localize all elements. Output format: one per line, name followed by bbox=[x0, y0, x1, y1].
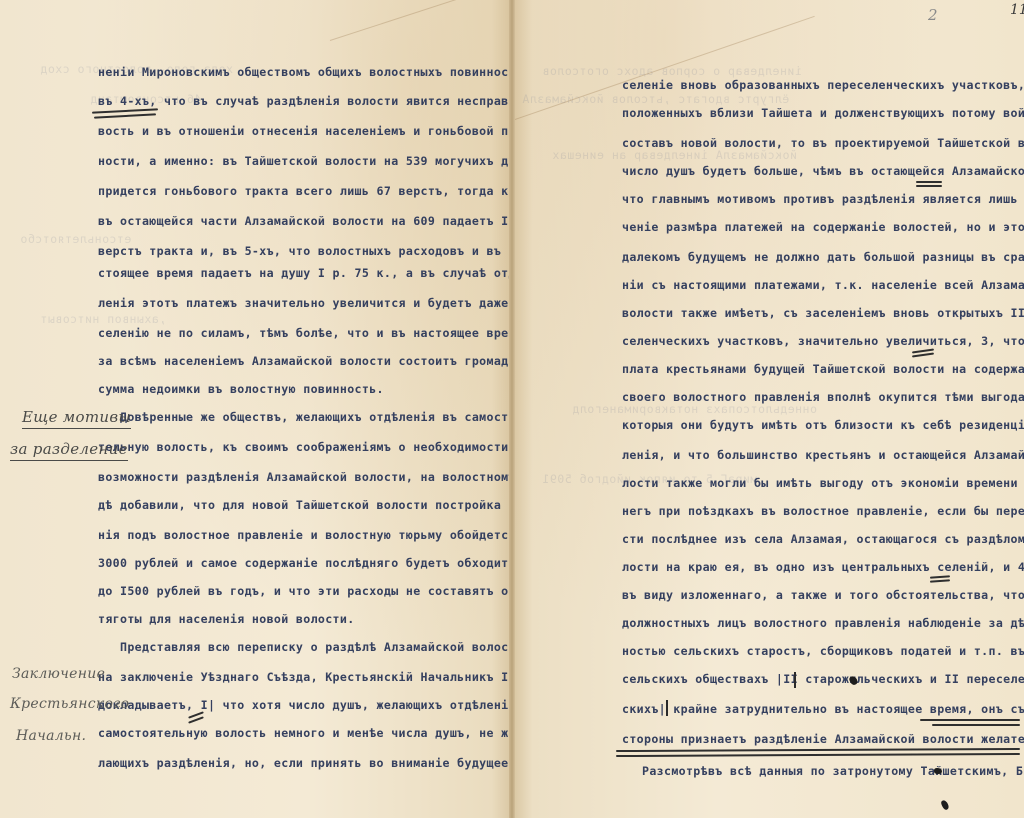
document-spread: хода голо- волостного сход 46 ьтсонвомта… bbox=[0, 0, 1024, 818]
margin-note: Начальн. bbox=[16, 728, 86, 744]
text-line: ненiи Мироновскимъ обществомъ общихъ вол… bbox=[98, 65, 512, 79]
pencil-page-number: 2 bbox=[928, 6, 938, 24]
margin-note: Крестьянского bbox=[10, 696, 129, 712]
text-line: Разсмотрѣвъ всѣ данныя по затронутому Та… bbox=[642, 764, 1024, 778]
ink-underline bbox=[930, 579, 950, 582]
text-line: положенныхъ вблизи Тайшета и долженствую… bbox=[622, 106, 1024, 120]
text-line: вость и въ отношенiи отнесенiя населенiе… bbox=[98, 124, 512, 138]
text-line: стоящее время падаетъ на душу I р. 75 к.… bbox=[98, 266, 512, 280]
text-line: селенiю не по силамъ, тѣмъ болѣе, что и … bbox=[98, 326, 512, 340]
text-line: въ виду изложеннаго, а также и того обст… bbox=[622, 588, 1024, 602]
ink-underline bbox=[932, 724, 1020, 726]
text-line: дѣ добавили, что для новой Тайшетской во… bbox=[98, 498, 512, 512]
ink-underline bbox=[916, 185, 942, 187]
ink-blot bbox=[934, 768, 942, 774]
margin-note: Заключение bbox=[12, 666, 105, 682]
text-line: Представляя всю переписку о раздѣлѣ Алза… bbox=[120, 640, 512, 654]
text-line: волости также имѣетъ, съ заселенiемъ вно… bbox=[622, 306, 1024, 320]
right-page: iинелдевар о сорпов адохс оготсолов ёлгу… bbox=[512, 0, 1024, 818]
bleed-through-text: iинелдевар о сорпов адохс оготсолов bbox=[542, 64, 802, 78]
text-line: своего волостного правленiя вполнѣ окупи… bbox=[622, 390, 1024, 404]
text-line: ленiя этотъ платежъ значительно увеличит… bbox=[98, 296, 512, 310]
ink-underline bbox=[930, 575, 950, 578]
text-line: что главнымъ мотивомъ противъ раздѣленiя… bbox=[622, 192, 1024, 206]
margin-note: Еще мотивы bbox=[22, 408, 131, 426]
text-line: нiя подъ волостное правленiе и волостную… bbox=[98, 528, 512, 542]
margin-note: за разделение bbox=[10, 440, 128, 458]
bleed-through-text: оннедьлотсопахз нотаквориманеголд bbox=[572, 402, 817, 416]
ink-bracket-mark bbox=[666, 700, 668, 716]
text-line: самостоятельную волость немного и менѣе … bbox=[98, 726, 512, 740]
text-line: негъ при поѣздкахъ въ волостное правленi… bbox=[622, 504, 1024, 518]
ink-underline bbox=[920, 719, 1020, 721]
text-line: докладываетъ, I| что хотя число душъ, же… bbox=[98, 698, 512, 712]
book-spine bbox=[509, 0, 515, 818]
text-line: ностью сельскихъ старостъ, сборщиковъ по… bbox=[622, 644, 1024, 658]
ink-underline bbox=[616, 753, 1020, 757]
left-page: хода голо- волостного сход 46 ьтсонвомта… bbox=[0, 0, 512, 818]
text-line: составъ новой волости, то въ проектируем… bbox=[622, 136, 1024, 150]
bleed-through-text: йоксйамазлА iинелдевар ан еинешах bbox=[552, 148, 797, 162]
text-line: ленiя, и что большинство крестьянъ и ост… bbox=[622, 448, 1024, 462]
bleed-through-text: ,ахынвоп нитсовыт bbox=[40, 312, 166, 326]
ink-blot bbox=[940, 799, 950, 811]
text-line: селенiе вновь образованныхъ переселенчес… bbox=[622, 78, 1024, 92]
text-line: 3000 рублей и самое содержанiе послѣдняг… bbox=[98, 556, 512, 570]
text-line: Довѣренные же обществъ, желающихъ отдѣле… bbox=[120, 410, 512, 424]
text-line: сумма недоимки въ волостную повинность. bbox=[98, 382, 384, 396]
bleed-through-text: ёлгуртс вдогатс ,ьтсолов йоксйамазлА bbox=[522, 92, 789, 106]
text-line-content: въ 4-хъ, что въ случаѣ раздѣленiя волост… bbox=[98, 94, 512, 108]
text-line: стороны признаетъ раздѣленiе Алзамайской… bbox=[622, 732, 1024, 746]
text-line: верстъ тракта и, въ 5-хъ, что волостныхъ… bbox=[98, 244, 512, 258]
text-line: придется гоньбового тракта всего лишь 67… bbox=[98, 184, 512, 198]
text-line: лающихъ раздѣленiя, но, если принять во … bbox=[98, 756, 512, 770]
text-line: лости на краю ея, въ одно изъ центральны… bbox=[622, 560, 1024, 574]
text-line: скихъ| крайне затруднительно въ настояще… bbox=[622, 702, 1024, 716]
text-line: должностныхъ лицъ волостного правленiя н… bbox=[622, 616, 1024, 630]
text-line: плата крестьянами будущей Тайшетской вол… bbox=[622, 362, 1024, 376]
ink-underline bbox=[916, 181, 942, 183]
text-line: число душъ будетъ больше, чѣмъ въ остающ… bbox=[622, 164, 1024, 178]
text-line: сельскихъ обществахъ |II старожильческих… bbox=[622, 672, 1024, 686]
text-line: ности, а именно: въ Тайшетской волости н… bbox=[98, 154, 512, 168]
ink-bracket-mark bbox=[794, 672, 796, 688]
text-line: возможности раздѣленiя Алзамайской волос… bbox=[98, 470, 512, 484]
text-line: на заключенiе Уѣзднаго Съѣзда, Крестьянс… bbox=[98, 670, 512, 684]
text-line: въ 4-хъ, что въ случаѣ раздѣленiя волост… bbox=[98, 94, 512, 108]
text-line: которыя они будутъ имѣть отъ близости къ… bbox=[622, 418, 1024, 432]
text-line: лости также могли бы имѣть выгоду отъ эк… bbox=[622, 476, 1024, 490]
paper-crease bbox=[330, 0, 511, 41]
text-line: въ остающейся части Алзамайской волости … bbox=[98, 214, 512, 228]
ink-underline bbox=[616, 748, 1020, 752]
ink-underline bbox=[94, 113, 156, 118]
text-line: нiи съ настоящими платежами, т.к. населе… bbox=[622, 278, 1024, 292]
text-line: тяготы для населенiя новой волости. bbox=[98, 612, 355, 626]
text-line: ченiе размѣра платежей на содержанiе вол… bbox=[622, 220, 1024, 234]
text-line: далекомъ будущемъ не должно дать большой… bbox=[622, 250, 1024, 264]
text-line: сти послѣднее изъ села Алзамая, остающаг… bbox=[622, 532, 1024, 546]
text-line: тельную волость, къ своимъ соображенiямъ… bbox=[98, 440, 512, 454]
text-line: за всѣмъ населенiемъ Алзамайской волости… bbox=[98, 354, 512, 368]
folio-number: 11 bbox=[1010, 2, 1024, 18]
text-line: селенческихъ участковъ, значительно увел… bbox=[622, 334, 1024, 348]
ink-underline bbox=[912, 352, 934, 357]
text-line: до I500 рублей въ годъ, и что эти расход… bbox=[98, 584, 512, 598]
